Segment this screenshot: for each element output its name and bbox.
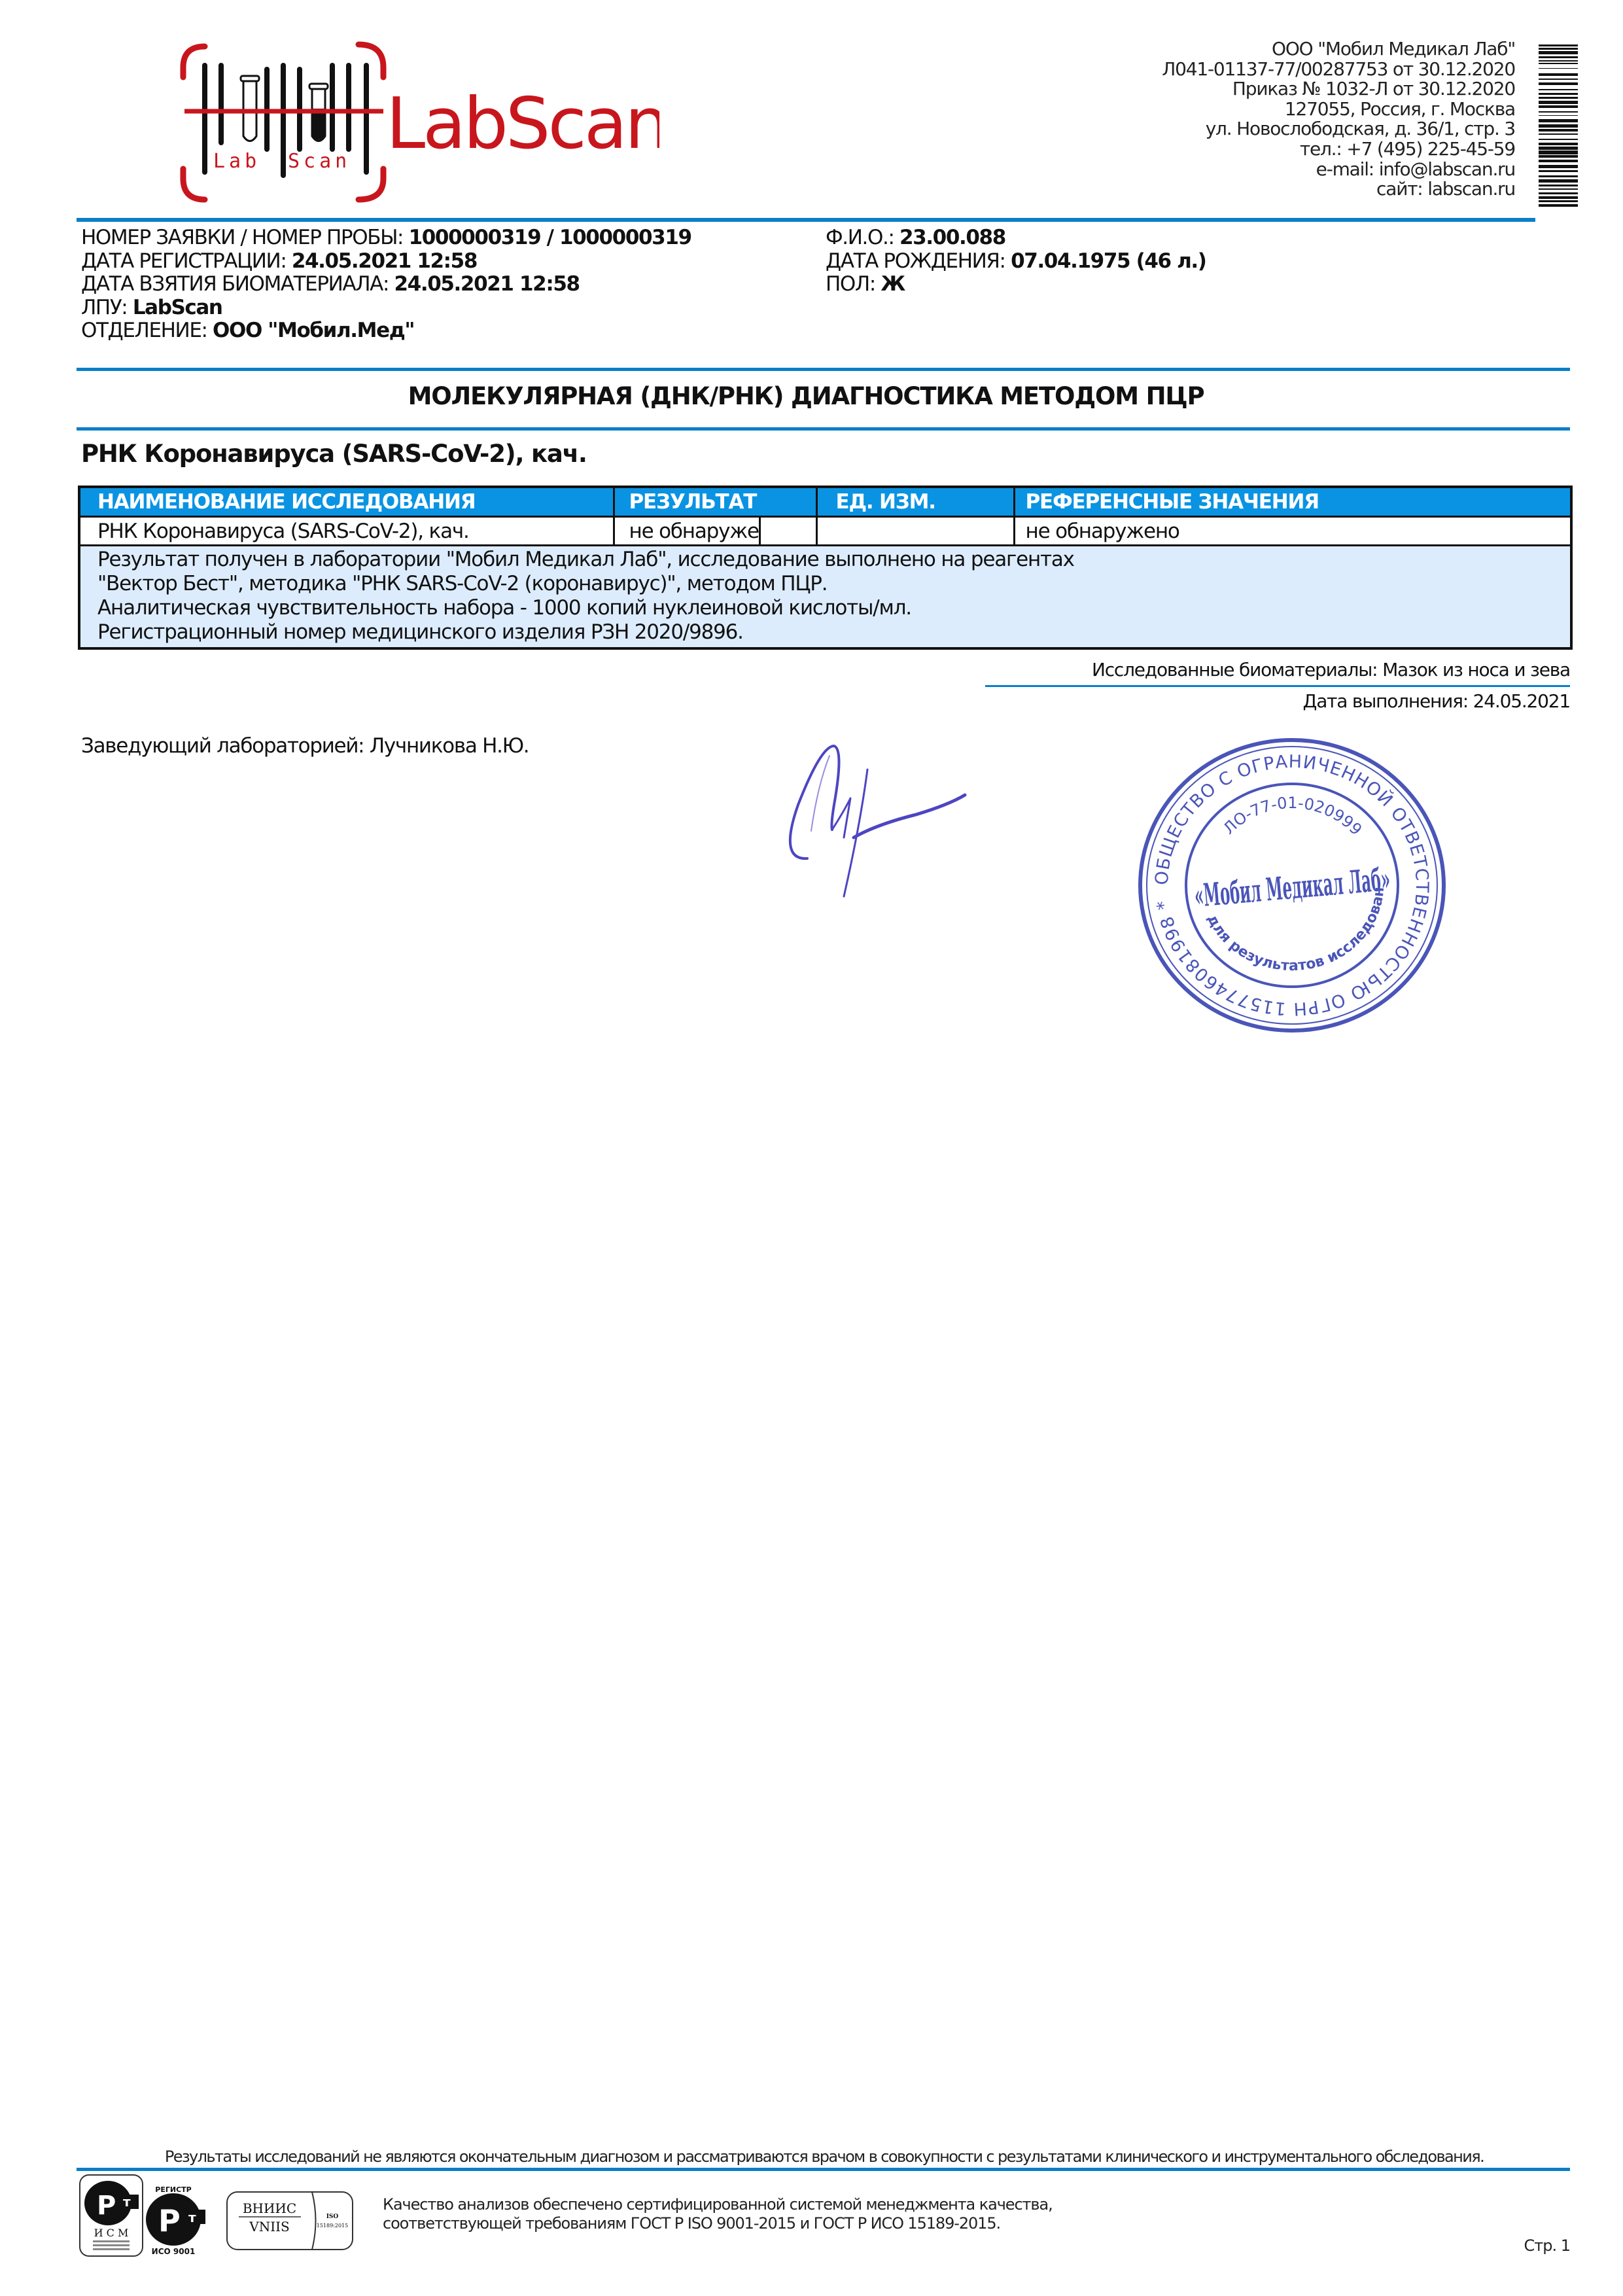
department: ООО "Мобил.Мед" <box>213 319 414 342</box>
disclaimer: Результаты исследований не являются окон… <box>72 2147 1577 2166</box>
column-header-units: ЕД. ИЗМ. <box>816 487 1014 517</box>
cell-test-name: РНК Коронавируса (SARS-CoV-2), кач. <box>79 517 614 546</box>
company-order: Приказ № 1032-Л от 30.12.2020 <box>1057 79 1515 99</box>
table-row: РНК Коронавируса (SARS-CoV-2), кач. не о… <box>79 517 1571 546</box>
svg-text:ВНИИС: ВНИИС <box>243 2200 296 2216</box>
quality-statement: Качество анализов обеспечено сертифициро… <box>383 2195 1053 2233</box>
cell-result: не обнаружено <box>614 517 759 546</box>
note-line-lab: Результат получен в лаборатории "Мобил М… <box>97 548 1131 596</box>
sample-date-line: ДАТА ВЗЯТИЯ БИОМАТЕРИАЛА: 24.05.2021 12:… <box>81 273 691 296</box>
note-line-sensitivity: Аналитическая чувствительность набора - … <box>97 596 1544 620</box>
result-note: Результат получен в лаборатории "Мобил М… <box>79 546 1571 649</box>
svg-text:Scan: Scan <box>288 150 351 173</box>
cell-flag <box>759 517 816 546</box>
company-license: Л041-01137-77/00287753 от 30.12.2020 <box>1057 60 1515 80</box>
sample-date: 24.05.2021 12:58 <box>394 272 579 296</box>
company-city: 127055, Россия, г. Москва <box>1057 99 1515 120</box>
results-table: НАИМЕНОВАНИЕ ИССЛЕДОВАНИЯ РЕЗУЛЬТАТ ЕД. … <box>78 486 1573 650</box>
clinic-line: ЛПУ: LabScan <box>81 296 691 320</box>
company-name: ООО "Мобил Медикал Лаб" <box>1057 39 1515 60</box>
table-header-row: НАИМЕНОВАНИЕ ИССЛЕДОВАНИЯ РЕЗУЛЬТАТ ЕД. … <box>79 487 1571 517</box>
certification-logos: P т т И С М РЕГИСТР P т ИСО 9001 ВНИИС V… <box>79 2174 353 2259</box>
header-divider <box>77 218 1535 222</box>
clinic: LabScan <box>133 296 222 319</box>
company-phone: тел.: +7 (495) 225-45-59 <box>1057 139 1515 160</box>
head-of-lab: Заведующий лабораторией: Лучникова Н.Ю. <box>81 734 529 758</box>
company-site: сайт: labscan.ru <box>1057 179 1515 200</box>
svg-text:ЛО-77-01-020999: ЛО-77-01-020999 <box>1219 794 1365 839</box>
cell-reference: не обнаружено <box>1014 517 1571 546</box>
section-title: МОЛЕКУЛЯРНАЯ (ДНК/РНК) ДИАГНОСТИКА МЕТОД… <box>77 382 1535 410</box>
organization-stamp: ОБЩЕСТВО С ОГРАНИЧЕННОЙ ОТВЕТСТВЕННОСТЬЮ… <box>1128 732 1456 1039</box>
table-note-row: Результат получен в лаборатории "Мобил М… <box>79 546 1571 649</box>
patient-name: 23.00.088 <box>899 226 1005 249</box>
company-street: ул. Новослободская, д. 36/1, стр. 3 <box>1057 119 1515 139</box>
order-number: 1000000319 / 1000000319 <box>409 226 691 249</box>
column-header-reference: РЕФЕРЕНСНЫЕ ЗНАЧЕНИЯ <box>1014 487 1571 517</box>
quality-line-2: соответствующей требованиям ГОСТ Р ISO 9… <box>383 2214 1053 2233</box>
svg-text:P: P <box>97 2191 116 2221</box>
section-divider-bottom <box>77 427 1570 431</box>
execution-date: Дата выполнения: 24.05.2021 <box>1303 690 1570 712</box>
vniis-logo-icon: ВНИИС VNIIS ISO 15189:2015 <box>227 2192 353 2250</box>
barcode-icon <box>1539 42 1578 209</box>
birth-date: 07.04.1975 (46 л.) <box>1011 249 1206 273</box>
svg-text:Lab: Lab <box>213 150 260 173</box>
signature-image <box>752 726 1040 923</box>
department-line: ОТДЕЛЕНИЕ: ООО "Мобил.Мед" <box>81 319 691 343</box>
column-header-test-name: НАИМЕНОВАНИЕ ИССЛЕДОВАНИЯ <box>79 487 614 517</box>
test-title: РНК Коронавируса (SARS-CoV-2), кач. <box>81 440 587 468</box>
cell-units <box>816 517 1014 546</box>
svg-text:LabScan: LabScan <box>386 83 659 165</box>
order-number-line: НОМЕР ЗАЯВКИ / НОМЕР ПРОБЫ: 1000000319 /… <box>81 226 691 250</box>
labscan-logo: Lab Scan LabScan <box>175 38 659 208</box>
biomaterials: Исследованные биоматериалы: Мазок из нос… <box>1092 659 1570 680</box>
sex: Ж <box>881 272 905 296</box>
stamp-license: ЛО-77-01-020999 <box>1219 794 1365 839</box>
svg-text:ISO: ISO <box>326 2214 339 2220</box>
svg-text:15189:2015: 15189:2015 <box>317 2223 349 2229</box>
order-info: НОМЕР ЗАЯВКИ / НОМЕР ПРОБЫ: 1000000319 /… <box>81 226 691 343</box>
svg-text:т: т <box>123 2194 131 2210</box>
svg-text:ИСО 9001: ИСО 9001 <box>152 2247 196 2256</box>
svg-text:VNIIS: VNIIS <box>249 2219 289 2234</box>
svg-text:т: т <box>188 2210 196 2225</box>
patient-info: Ф.И.О.: 23.00.088 ДАТА РОЖДЕНИЯ: 07.04.1… <box>826 226 1206 296</box>
company-email: e-mail: info@labscan.ru <box>1057 160 1515 180</box>
sex-line: ПОЛ: Ж <box>826 273 1206 296</box>
company-info: ООО "Мобил Медикал Лаб" Л041-01137-77/00… <box>1057 39 1515 200</box>
stamp-center-text: «Мобил Медикал Лаб» <box>1193 861 1391 915</box>
birth-date-line: ДАТА РОЖДЕНИЯ: 07.04.1975 (46 л.) <box>826 250 1206 274</box>
svg-text:РЕГИСТР: РЕГИСТР <box>155 2185 191 2194</box>
svg-text:P: P <box>158 2203 181 2238</box>
section-divider-top <box>77 368 1570 371</box>
rst-registr-logo-icon: РЕГИСТР P т ИСО 9001 <box>146 2185 205 2256</box>
patient-name-line: Ф.И.О.: 23.00.088 <box>826 226 1206 250</box>
footer-divider <box>77 2168 1570 2171</box>
biomaterials-divider <box>985 685 1570 687</box>
registration-date-line: ДАТА РЕГИСТРАЦИИ: 24.05.2021 12:58 <box>81 250 691 274</box>
rst-ism-logo-icon: P т т И С М <box>80 2175 143 2256</box>
quality-line-1: Качество анализов обеспечено сертифициро… <box>383 2195 1053 2214</box>
column-header-result: РЕЗУЛЬТАТ <box>614 487 816 517</box>
page-number: Стр. 1 <box>1524 2236 1571 2255</box>
registration-date: 24.05.2021 12:58 <box>292 249 477 273</box>
note-line-registration: Регистрационный номер медицинского издел… <box>97 620 1544 645</box>
svg-text:И С М: И С М <box>94 2227 129 2239</box>
